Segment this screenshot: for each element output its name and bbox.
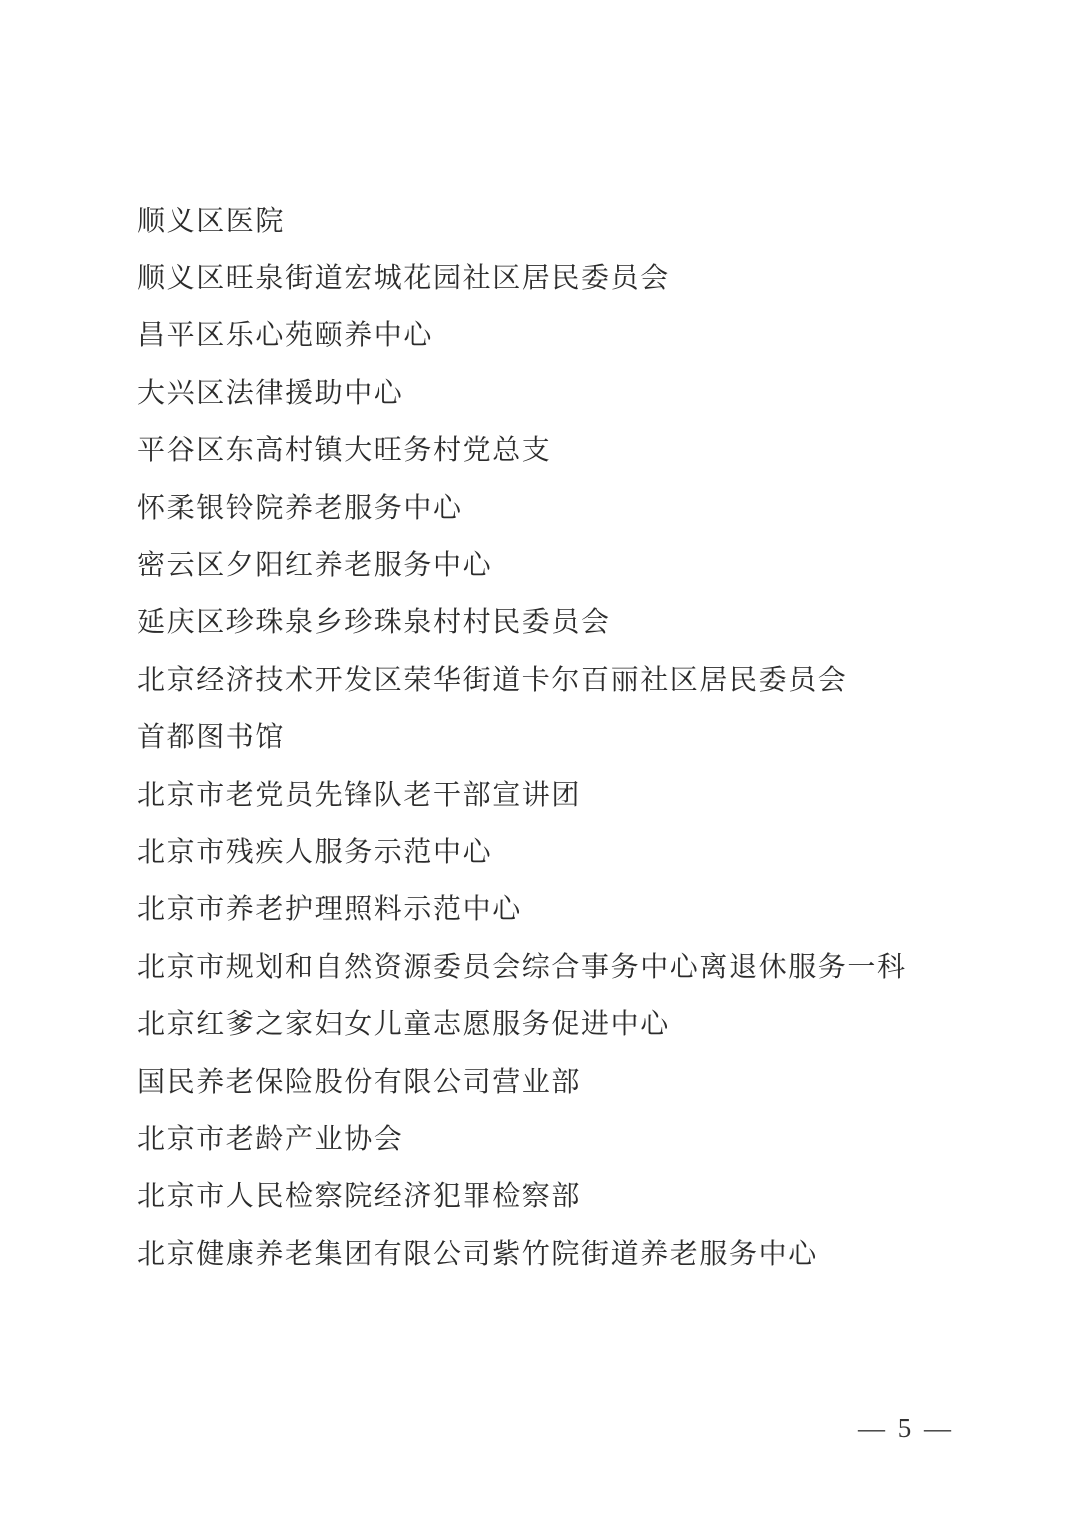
- org-list-item: 北京红爹之家妇女儿童志愿服务促进中心: [137, 993, 1020, 1050]
- org-list-item: 北京市人民检察院经济犯罪检察部: [137, 1166, 1020, 1223]
- organization-list: 顺义区医院顺义区旺泉街道宏城花园社区居民委员会昌平区乐心苑颐养中心大兴区法律援助…: [137, 190, 1020, 1280]
- org-list-item: 北京经济技术开发区荣华街道卡尔百丽社区居民委员会: [137, 649, 1020, 706]
- org-list-item: 昌平区乐心苑颐养中心: [137, 305, 1020, 362]
- org-list-item: 北京市老龄产业协会: [137, 1108, 1020, 1165]
- org-list-item: 首都图书馆: [137, 707, 1020, 764]
- org-list-item: 延庆区珍珠泉乡珍珠泉村村民委员会: [137, 592, 1020, 649]
- org-list-item: 大兴区法律援助中心: [137, 362, 1020, 419]
- document-page: 顺义区医院顺义区旺泉街道宏城花园社区居民委员会昌平区乐心苑颐养中心大兴区法律援助…: [0, 0, 1080, 1527]
- org-list-item: 北京市养老护理照料示范中心: [137, 879, 1020, 936]
- org-list-item: 北京健康养老集团有限公司紫竹院街道养老服务中心: [137, 1223, 1020, 1280]
- org-list-item: 顺义区医院: [137, 190, 1020, 247]
- org-list-item: 北京市残疾人服务示范中心: [137, 821, 1020, 878]
- page-number: — 5 —: [858, 1413, 954, 1444]
- org-list-item: 平谷区东高村镇大旺务村党总支: [137, 420, 1020, 477]
- org-list-item: 密云区夕阳红养老服务中心: [137, 534, 1020, 591]
- org-list-item: 国民养老保险股份有限公司营业部: [137, 1051, 1020, 1108]
- org-list-item: 北京市老党员先锋队老干部宣讲团: [137, 764, 1020, 821]
- org-list-item: 北京市规划和自然资源委员会综合事务中心离退休服务一科: [137, 936, 1020, 993]
- org-list-item: 怀柔银铃院养老服务中心: [137, 477, 1020, 534]
- org-list-item: 顺义区旺泉街道宏城花园社区居民委员会: [137, 247, 1020, 304]
